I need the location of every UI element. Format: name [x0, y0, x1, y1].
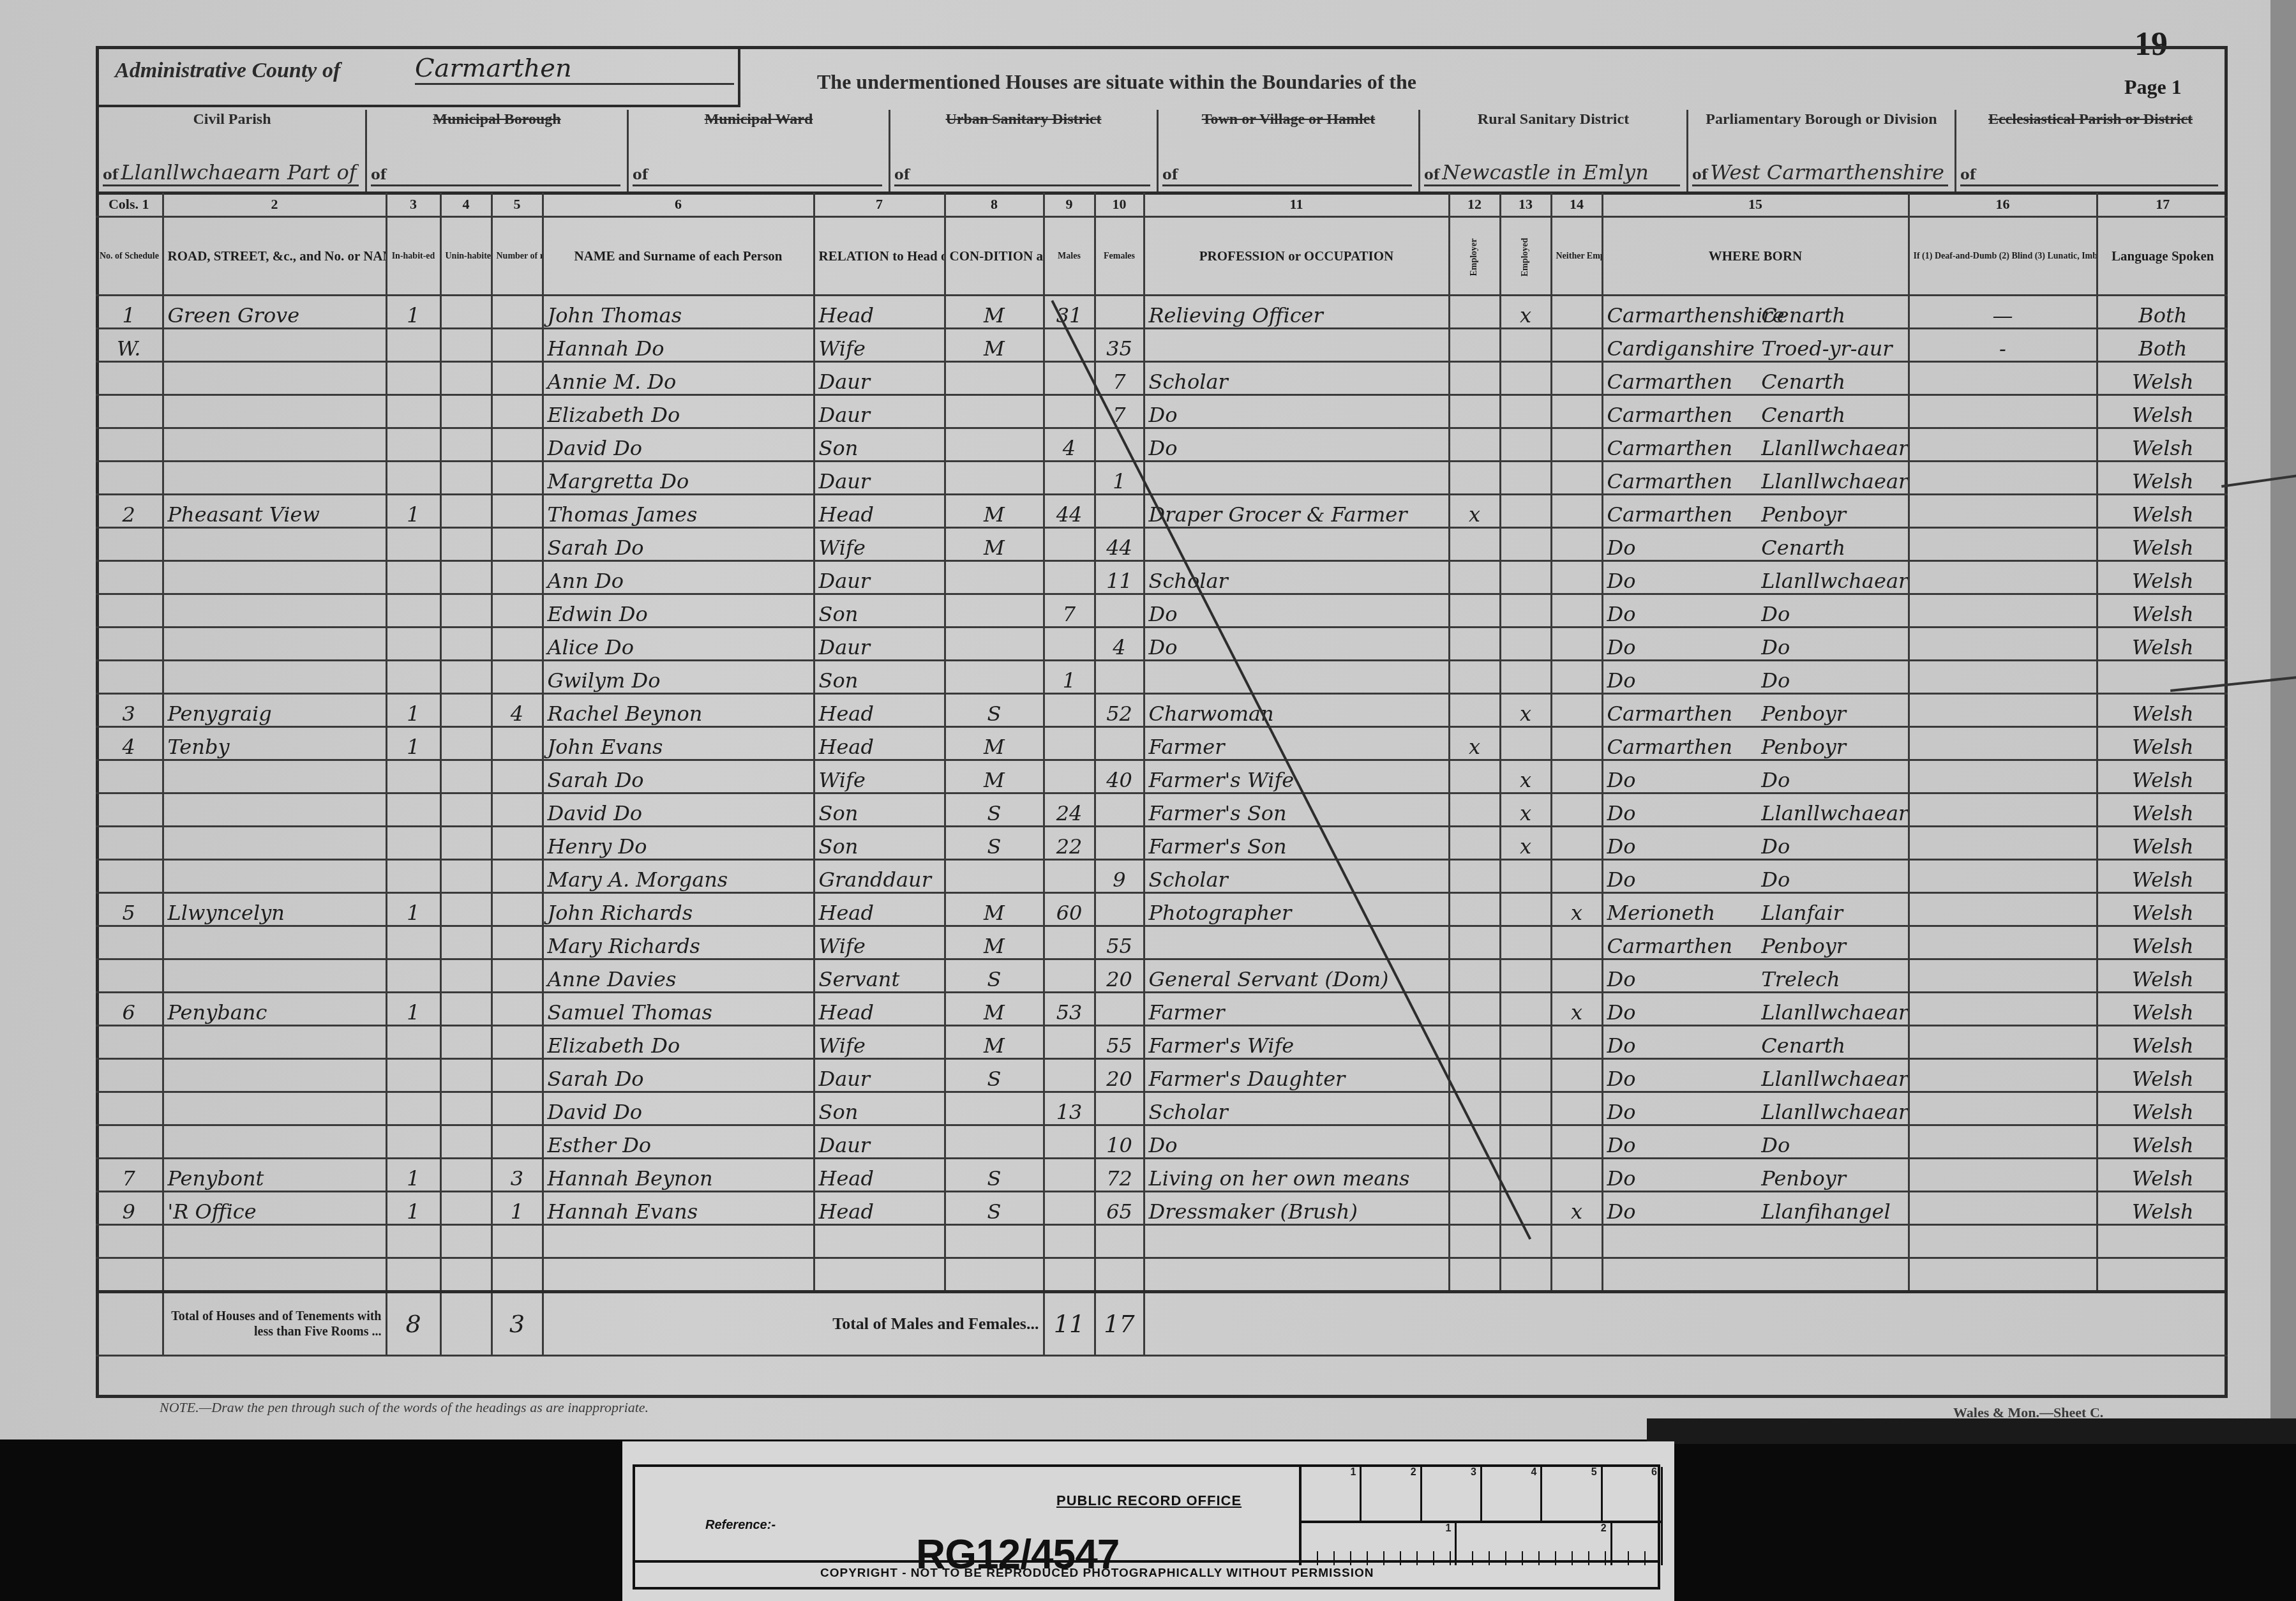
occupation-cell: Do [1144, 1125, 1449, 1159]
occupation-cell [1144, 329, 1449, 362]
name-cell: Mary Richards [543, 926, 814, 959]
header-inhabited: In-habit-ed [386, 217, 440, 296]
occupation-cell [1144, 1258, 1449, 1292]
employed-cell [1500, 594, 1551, 628]
header-condition: CON-DITION as to Marriage [945, 217, 1044, 296]
male-age-cell: 13 [1044, 1092, 1095, 1125]
condition-cell: S [945, 827, 1044, 860]
schedule-cell [96, 860, 163, 893]
inhabited-cell [386, 793, 440, 827]
schedule-cell [96, 628, 163, 661]
neither-cell [1551, 594, 1602, 628]
inhabited-cell [386, 1059, 440, 1092]
table-row: Elizabeth DoDaur7DoCarmarthenCenarthWels… [96, 395, 2228, 428]
neither-cell [1551, 860, 1602, 893]
condition-cell: S [945, 694, 1044, 727]
rooms-cell [491, 926, 543, 959]
infirmity-cell [1909, 793, 2097, 827]
employed-cell [1500, 1159, 1551, 1192]
condition-cell [945, 462, 1044, 495]
employer-cell [1449, 628, 1500, 661]
inhabited-cell [386, 628, 440, 661]
infirmity-cell [1909, 827, 2097, 860]
infirmity-cell [1909, 694, 2097, 727]
where-born-cell: DoTrelech [1602, 959, 1909, 993]
language-cell: Welsh [2097, 1125, 2228, 1159]
employer-cell [1449, 993, 1500, 1026]
condition-cell [945, 561, 1044, 594]
relation-cell: Daur [814, 395, 945, 428]
occupation-cell: Farmer [1144, 727, 1449, 760]
infirmity-cell [1909, 594, 2097, 628]
name-cell: David Do [543, 1092, 814, 1125]
employer-cell [1449, 1059, 1500, 1092]
table-row: Elizabeth DoWifeM55Farmer's WifeDoCenart… [96, 1026, 2228, 1059]
district-municipal-ward: Municipal Ward of [629, 110, 890, 193]
district-value: of [1960, 160, 2218, 186]
occupation-cell: Farmer's Wife [1144, 1026, 1449, 1059]
occupation-cell: Farmer [1144, 993, 1449, 1026]
ruler-mark: 2 [1457, 1523, 1612, 1565]
female-age-cell: 20 [1095, 1059, 1144, 1092]
ruler-mark: 6 [1603, 1467, 1663, 1521]
language-cell: Welsh [2097, 1092, 2228, 1125]
language-cell: Welsh [2097, 362, 2228, 395]
name-cell: Samuel Thomas [543, 993, 814, 1026]
infirmity-cell [1909, 561, 2097, 594]
relation-cell: Head [814, 1192, 945, 1225]
infirmity-cell [1909, 727, 2097, 760]
female-age-cell: 9 [1095, 860, 1144, 893]
col-num: 17 [2097, 193, 2228, 217]
condition-cell: S [945, 793, 1044, 827]
table-row: 5Llwyncelyn1John RichardsHeadM60Photogra… [96, 893, 2228, 926]
table-row: 6Penybanc1Samuel ThomasHeadM53FarmerxDoL… [96, 993, 2228, 1026]
district-parliamentary: Parliamentary Borough or Division ofWest… [1688, 110, 1956, 193]
road-cell [163, 1225, 386, 1258]
header-rooms: Number of rooms occupied if less than fi… [491, 217, 543, 296]
neither-cell [1551, 362, 1602, 395]
where-born-cell: CarmarthenCenarth [1602, 395, 1909, 428]
relation-cell: Son [814, 428, 945, 462]
rooms-cell [491, 661, 543, 694]
schedule-cell [96, 395, 163, 428]
rooms-cell [491, 727, 543, 760]
name-cell: Alice Do [543, 628, 814, 661]
uninhabited-cell [440, 694, 491, 727]
header-name: NAME and Surname of each Person [543, 217, 814, 296]
employer-cell [1449, 760, 1500, 793]
language-cell: Welsh [2097, 959, 2228, 993]
where-born-cell: DoDo [1602, 827, 1909, 860]
neither-cell [1551, 793, 1602, 827]
relation-cell: Son [814, 1092, 945, 1125]
male-age-cell [1044, 1192, 1095, 1225]
infirmity-cell [1909, 993, 2097, 1026]
neither-cell: x [1551, 893, 1602, 926]
uninhabited-cell [440, 793, 491, 827]
schedule-cell [96, 793, 163, 827]
name-cell: Gwilym Do [543, 661, 814, 694]
relation-cell: Head [814, 296, 945, 329]
where-born-cell: CarmarthenPenboyr [1602, 727, 1909, 760]
occupation-cell: Charwoman [1144, 694, 1449, 727]
schedule-cell: 5 [96, 893, 163, 926]
schedule-cell: 2 [96, 495, 163, 528]
male-age-cell [1044, 694, 1095, 727]
table-row: David DoSonS24Farmer's SonxDoLlanllwchae… [96, 793, 2228, 827]
schedule-cell [96, 1125, 163, 1159]
relation-cell: Head [814, 495, 945, 528]
inhabited-cell: 1 [386, 1192, 440, 1225]
uninhabited-cell [440, 1258, 491, 1292]
infirmity-cell [1909, 661, 2097, 694]
col-num: 9 [1044, 193, 1095, 217]
female-age-cell [1095, 1092, 1144, 1125]
schedule-cell [96, 362, 163, 395]
infirmity-cell [1909, 1192, 2097, 1225]
uninhabited-cell [440, 428, 491, 462]
name-cell: John Richards [543, 893, 814, 926]
female-age-cell [1095, 661, 1144, 694]
employed-cell [1500, 661, 1551, 694]
where-born-cell: CarmarthenshireCenarth [1602, 296, 1909, 329]
table-row: Alice DoDaur4DoDoDoWelsh [96, 628, 2228, 661]
condition-cell [945, 661, 1044, 694]
schedule-cell: 4 [96, 727, 163, 760]
female-age-cell [1095, 296, 1144, 329]
inhabited-cell [386, 428, 440, 462]
infirmity-cell [1909, 1159, 2097, 1192]
infirmity-cell [1909, 462, 2097, 495]
table-row: 1Green Grove1John ThomasHeadM31Relieving… [96, 296, 2228, 329]
uninhabited-cell [440, 528, 491, 561]
rooms-cell [491, 395, 543, 428]
occupation-cell: Scholar [1144, 561, 1449, 594]
persons-total-label: Total of Males and Females... [543, 1292, 1044, 1356]
employed-cell [1500, 1092, 1551, 1125]
name-cell: Margretta Do [543, 462, 814, 495]
employer-cell [1449, 462, 1500, 495]
male-age-cell: 53 [1044, 993, 1095, 1026]
condition-cell: M [945, 1026, 1044, 1059]
language-cell: Welsh [2097, 993, 2228, 1026]
rooms-cell [491, 628, 543, 661]
road-cell: Tenby [163, 727, 386, 760]
female-age-cell: 44 [1095, 528, 1144, 561]
male-age-cell: 4 [1044, 428, 1095, 462]
table-row: 3Penygraig14Rachel BeynonHeadS52Charwoma… [96, 694, 2228, 727]
header-females: Females [1095, 217, 1144, 296]
district-municipal-borough: Municipal Borough of [367, 110, 629, 193]
relation-cell: Head [814, 993, 945, 1026]
female-age-cell [1095, 893, 1144, 926]
header-infirmity: If (1) Deaf-and-Dumb (2) Blind (3) Lunat… [1909, 217, 2097, 296]
rooms-cell [491, 462, 543, 495]
name-cell: Rachel Beynon [543, 694, 814, 727]
occupation-cell: Draper Grocer & Farmer [1144, 495, 1449, 528]
header-uninhabited: Unin-habited (U.), or Building (B.) [440, 217, 491, 296]
employed-cell [1500, 1125, 1551, 1159]
census-sheet: 19 Page 1 Administrative County of Carma… [0, 0, 2296, 1443]
condition-cell [945, 1258, 1044, 1292]
road-cell: Penygraig [163, 694, 386, 727]
employed-cell [1500, 395, 1551, 428]
inhabited-cell: 1 [386, 694, 440, 727]
male-age-cell [1044, 727, 1095, 760]
language-cell: Welsh [2097, 727, 2228, 760]
rooms-cell [491, 1125, 543, 1159]
inhabited-cell: 1 [386, 727, 440, 760]
inhabited-cell: 1 [386, 296, 440, 329]
table-row: Gwilym DoSon1DoDo [96, 661, 2228, 694]
district-heading: Ecclesiastical Parish or District [1956, 110, 2225, 128]
reference-card: PUBLIC RECORD OFFICE Reference:- RG12/45… [622, 1441, 1674, 1601]
neither-cell [1551, 628, 1602, 661]
col-num: 4 [440, 193, 491, 217]
male-age-cell [1044, 528, 1095, 561]
occupation-cell: Farmer's Daughter [1144, 1059, 1449, 1092]
inhabited-cell [386, 1026, 440, 1059]
male-age-cell: 60 [1044, 893, 1095, 926]
inhabited-cell [386, 1092, 440, 1125]
rooms-cell [491, 1026, 543, 1059]
female-age-cell: 52 [1095, 694, 1144, 727]
schedule-cell [96, 926, 163, 959]
col-num: Cols. 1 [96, 193, 163, 217]
schedule-cell [96, 1059, 163, 1092]
road-cell [163, 760, 386, 793]
language-cell: Both [2097, 296, 2228, 329]
district-value: of [633, 160, 882, 186]
female-age-cell: 55 [1095, 926, 1144, 959]
infirmity-cell [1909, 1125, 2097, 1159]
district-value: of [894, 160, 1150, 186]
relation-cell [814, 1225, 945, 1258]
occupation-cell [1144, 528, 1449, 561]
col-num: 10 [1095, 193, 1144, 217]
rooms-cell [491, 561, 543, 594]
employer-cell [1449, 296, 1500, 329]
female-age-cell: 65 [1095, 1192, 1144, 1225]
rooms-cell [491, 329, 543, 362]
employer-cell [1449, 860, 1500, 893]
admin-county-label: Administrative County of [115, 59, 340, 83]
header-neither: Neither Employer nor Employed [1551, 217, 1602, 296]
header-language: Language Spoken [2097, 217, 2228, 296]
language-cell: Welsh [2097, 694, 2228, 727]
relation-cell: Daur [814, 628, 945, 661]
table-row: W.Hannah DoWifeM35CardiganshireTroed-yr-… [96, 329, 2228, 362]
language-cell: Welsh [2097, 793, 2228, 827]
employed-cell [1500, 727, 1551, 760]
inhabited-cell: 1 [386, 993, 440, 1026]
language-cell: Welsh [2097, 594, 2228, 628]
employed-cell [1500, 561, 1551, 594]
district-heading: Municipal Ward [629, 110, 889, 128]
table-row: Annie M. DoDaur7ScholarCarmarthenCenarth… [96, 362, 2228, 395]
language-cell [2097, 1225, 2228, 1258]
uninhabited-cell [440, 462, 491, 495]
road-cell: Green Grove [163, 296, 386, 329]
relation-cell: Wife [814, 528, 945, 561]
condition-cell: M [945, 528, 1044, 561]
rooms-cell [491, 1258, 543, 1292]
road-cell [163, 1258, 386, 1292]
employed-cell: x [1500, 760, 1551, 793]
language-cell: Welsh [2097, 760, 2228, 793]
inhabited-cell: 1 [386, 893, 440, 926]
employer-cell [1449, 561, 1500, 594]
schedule-cell [96, 428, 163, 462]
rooms-cell [491, 428, 543, 462]
name-cell: David Do [543, 793, 814, 827]
road-cell [163, 959, 386, 993]
rooms-cell [491, 993, 543, 1026]
district-heading: Town or Village or Hamlet [1159, 110, 1418, 128]
male-age-cell [1044, 628, 1095, 661]
header-where-born: WHERE BORN [1602, 217, 1909, 296]
employer-cell [1449, 329, 1500, 362]
table-row: Sarah DoWifeM40Farmer's WifexDoDoWelsh [96, 760, 2228, 793]
name-cell: Henry Do [543, 827, 814, 860]
district-town-village-hamlet: Town or Village or Hamlet of [1159, 110, 1420, 193]
relation-cell: Daur [814, 362, 945, 395]
rooms-cell [491, 793, 543, 827]
language-cell: Welsh [2097, 528, 2228, 561]
relation-cell: Wife [814, 1026, 945, 1059]
rooms-cell [491, 528, 543, 561]
occupation-cell: Scholar [1144, 362, 1449, 395]
district-value: of [1162, 160, 1412, 186]
employed-cell [1500, 362, 1551, 395]
neither-cell [1551, 760, 1602, 793]
uninhabited-cell [440, 1125, 491, 1159]
condition-cell: S [945, 1059, 1044, 1092]
language-cell: Both [2097, 329, 2228, 362]
col-num: 13 [1500, 193, 1551, 217]
schedule-cell [96, 561, 163, 594]
employed-cell [1500, 993, 1551, 1026]
where-born-cell: CarmarthenLlanllwchaearn [1602, 428, 1909, 462]
female-age-cell [1095, 1225, 1144, 1258]
language-cell [2097, 661, 2228, 694]
female-age-cell [1095, 793, 1144, 827]
column-number-row: Cols. 1 2 3 4 5 6 7 8 9 10 11 12 13 14 1… [96, 193, 2228, 217]
employed-cell [1500, 959, 1551, 993]
inhabited-cell [386, 1258, 440, 1292]
inhabited-cell [386, 594, 440, 628]
relation-cell [814, 1258, 945, 1292]
infirmity-cell [1909, 1225, 2097, 1258]
name-cell: Sarah Do [543, 760, 814, 793]
table-row: Anne DaviesServantS20General Servant (Do… [96, 959, 2228, 993]
name-cell: Hannah Do [543, 329, 814, 362]
condition-cell [945, 628, 1044, 661]
male-age-cell [1044, 1159, 1095, 1192]
infirmity-cell [1909, 893, 2097, 926]
where-born-cell: DoLlanllwchaearn [1602, 993, 1909, 1026]
male-age-cell [1044, 860, 1095, 893]
employed-cell: x [1500, 296, 1551, 329]
uninhabited-cell [440, 1225, 491, 1258]
uninhabited-cell [440, 296, 491, 329]
condition-cell [945, 1225, 1044, 1258]
occupation-cell: Scholar [1144, 860, 1449, 893]
relation-cell: Son [814, 594, 945, 628]
neither-cell [1551, 428, 1602, 462]
inhabited-cell [386, 528, 440, 561]
where-born-cell: DoCenarth [1602, 528, 1909, 561]
employer-cell: x [1449, 727, 1500, 760]
inhabited-cell [386, 329, 440, 362]
inhabited-cell: 1 [386, 1159, 440, 1192]
name-cell: Anne Davies [543, 959, 814, 993]
ruler-mark [1612, 1523, 1663, 1565]
where-born-cell: CarmarthenPenboyr [1602, 495, 1909, 528]
language-cell: Welsh [2097, 926, 2228, 959]
male-age-cell [1044, 1059, 1095, 1092]
neither-cell [1551, 462, 1602, 495]
header-males: Males [1044, 217, 1095, 296]
rooms-cell [491, 1092, 543, 1125]
neither-cell [1551, 1059, 1602, 1092]
uninhabited-cell [440, 959, 491, 993]
inhabited-cell [386, 827, 440, 860]
district-heading: Parliamentary Borough or Division [1688, 110, 1955, 128]
rooms-cell [491, 1225, 543, 1258]
occupation-cell [1144, 1225, 1449, 1258]
uninhabited-cell [440, 1192, 491, 1225]
male-age-cell [1044, 1125, 1095, 1159]
office-label: PUBLIC RECORD OFFICE [1056, 1492, 1242, 1509]
inhabited-cell [386, 561, 440, 594]
name-cell: Thomas James [543, 495, 814, 528]
road-cell: Penybont [163, 1159, 386, 1192]
col-num: 6 [543, 193, 814, 217]
employer-cell [1449, 661, 1500, 694]
road-cell [163, 1125, 386, 1159]
relation-cell: Daur [814, 462, 945, 495]
column-header-row: No. of Schedule ROAD, STREET, &c., and N… [96, 217, 2228, 296]
condition-cell: M [945, 296, 1044, 329]
ruler-cm: 1 2 3 4 5 6 [1302, 1467, 1663, 1523]
male-age-cell: 24 [1044, 793, 1095, 827]
female-age-cell: 4 [1095, 628, 1144, 661]
col-num: 3 [386, 193, 440, 217]
reference-card-frame: PUBLIC RECORD OFFICE Reference:- RG12/45… [633, 1464, 1660, 1590]
header-road: ROAD, STREET, &c., and No. or NAME of HO… [163, 217, 386, 296]
male-age-cell [1044, 561, 1095, 594]
road-cell [163, 594, 386, 628]
language-cell: Welsh [2097, 628, 2228, 661]
occupation-cell [1144, 462, 1449, 495]
employed-cell [1500, 462, 1551, 495]
where-born-cell: DoLlanfihangel [1602, 1192, 1909, 1225]
condition-cell: M [945, 329, 1044, 362]
district-civil-parish: Civil Parish ofLlanllwchaearn Part of [99, 110, 367, 193]
rooms-cell: 3 [491, 1159, 543, 1192]
where-born-cell: CarmarthenLlanllwchaearn [1602, 462, 1909, 495]
employed-cell [1500, 1026, 1551, 1059]
table-row: Sarah DoWifeM44DoCenarthWelsh [96, 528, 2228, 561]
female-age-cell [1095, 594, 1144, 628]
male-age-cell: 22 [1044, 827, 1095, 860]
infirmity-cell [1909, 760, 2097, 793]
name-cell: Edwin Do [543, 594, 814, 628]
employer-cell [1449, 893, 1500, 926]
language-cell: Welsh [2097, 561, 2228, 594]
